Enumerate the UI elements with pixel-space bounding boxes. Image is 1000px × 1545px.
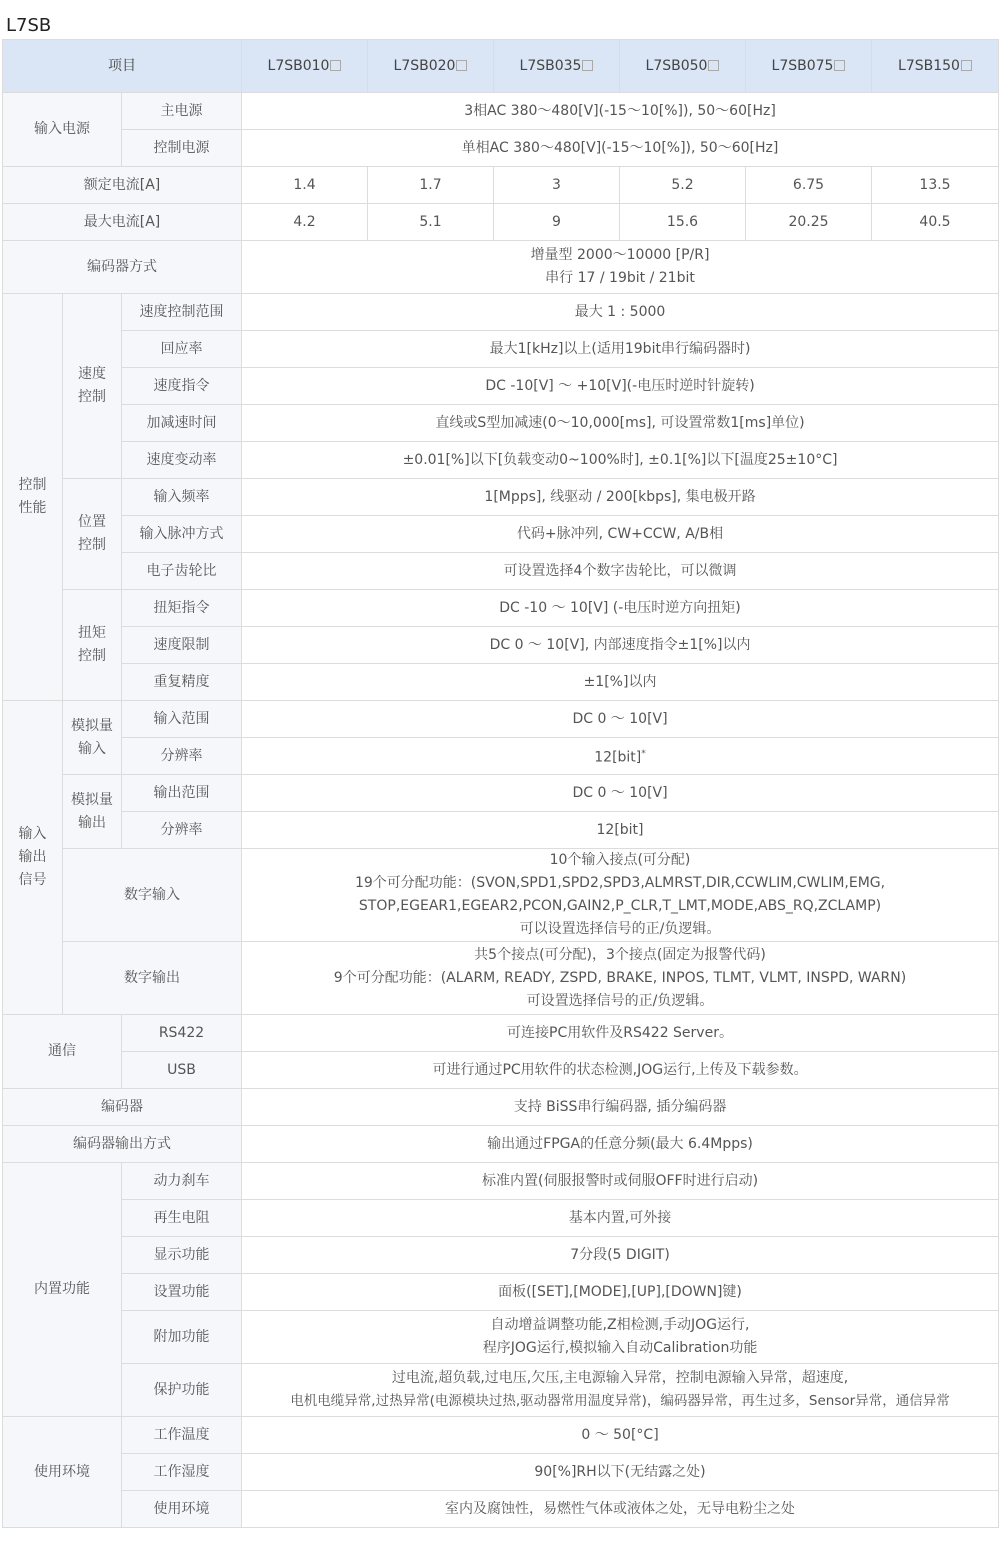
row-label: 扭矩指令 — [122, 590, 242, 627]
table-row: 输入电源 主电源 3相AC 380～480[V](-15～10[%]), 50～… — [3, 93, 999, 130]
cell-value: 9 — [494, 204, 620, 241]
row-value: DC 0 ～ 10[V], 内部速度指令±1[%]以内 — [242, 627, 999, 664]
group-line: 输入 — [7, 823, 58, 846]
subgroup-line: 模拟量 — [67, 715, 117, 738]
cell-value: 5.2 — [620, 167, 746, 204]
placeholder-square-icon — [708, 60, 719, 71]
row-value: 单相AC 380～480[V](-15～10[%]), 50～60[Hz] — [242, 130, 999, 167]
row-label-digital-output: 数字输出 — [63, 942, 242, 1015]
row-label: USB — [122, 1052, 242, 1089]
cell-value: 13.5 — [872, 167, 999, 204]
row-label: 编码器输出方式 — [3, 1126, 242, 1163]
value-line: 自动增益调整功能,Z相检测,手动JOG运行, — [246, 1314, 994, 1337]
row-label: 显示功能 — [122, 1237, 242, 1274]
row-value: 可连接PC用软件及RS422 Server。 — [242, 1015, 999, 1052]
table-row: 内置功能 动力刹车 标准内置(伺服报警时或伺服OFF时进行启动) — [3, 1163, 999, 1200]
group-line: 性能 — [7, 497, 58, 520]
value-line: 电机电缆异常,过热异常(电源模块过热,驱动器常用温度异常)，编码器异常，再生过多… — [242, 1390, 998, 1413]
row-label: 回应率 — [122, 331, 242, 368]
row-label: 输入范围 — [122, 701, 242, 738]
row-label: 控制电源 — [122, 130, 242, 167]
cell-value: 5.1 — [368, 204, 494, 241]
value-line: 可设置选择信号的正/负逻辑。 — [246, 990, 994, 1013]
row-label: 工作湿度 — [122, 1454, 242, 1491]
subgroup-analog-output: 模拟量 输出 — [63, 775, 122, 849]
row-value: DC -10 ～ 10[V] (-电压时逆方向扭矩) — [242, 590, 999, 627]
table-row: USB 可进行通过PC用软件的状态检测,JOG运行,上传及下载参数。 — [3, 1052, 999, 1089]
group-control-performance: 控制 性能 — [3, 294, 63, 701]
row-value: 0 ～ 50[°C] — [242, 1417, 999, 1454]
row-label: 保护功能 — [122, 1364, 242, 1417]
placeholder-square-icon — [961, 60, 972, 71]
table-row: 工作湿度 90[%]RH以下(无结露之处) — [3, 1454, 999, 1491]
group-io-signals: 输入 输出 信号 — [3, 701, 63, 1015]
row-value: 自动增益调整功能,Z相检测,手动JOG运行, 程序JOG运行,模拟输入自动Cal… — [242, 1311, 999, 1364]
table-row: 附加功能 自动增益调整功能,Z相检测,手动JOG运行, 程序JOG运行,模拟输入… — [3, 1311, 999, 1364]
row-label: 输入频率 — [122, 479, 242, 516]
row-label: 额定电流[A] — [3, 167, 242, 204]
row-value: 12[bit]* — [242, 738, 999, 775]
value-line: 串行 17 / 19bit / 21bit — [246, 267, 994, 290]
table-row: 数字输入 10个输入接点(可分配) 19个可分配功能：(SVON,SPD1,SP… — [3, 849, 999, 942]
table-row: 控制电源 单相AC 380～480[V](-15～10[%]), 50～60[H… — [3, 130, 999, 167]
cell-value: 4.2 — [242, 204, 368, 241]
cell-value: 3 — [494, 167, 620, 204]
table-row: 使用环境 工作温度 0 ～ 50[°C] — [3, 1417, 999, 1454]
value-line: 共5个接点(可分配)，3个接点(固定为报警代码) — [246, 944, 994, 967]
subgroup-torque-control: 扭矩 控制 — [63, 590, 122, 701]
table-row: 设置功能 面板([SET],[MODE],[UP],[DOWN]键) — [3, 1274, 999, 1311]
group-line: 控制 — [7, 474, 58, 497]
row-value: 代码+脉冲列, CW+CCW, A/B相 — [242, 516, 999, 553]
row-label: 分辨率 — [122, 738, 242, 775]
model-name: L7SB075 — [772, 58, 834, 74]
value-line: 10个输入接点(可分配) — [246, 849, 994, 872]
row-label: 使用环境 — [122, 1491, 242, 1528]
row-value: 支持 BiSS串行编码器, 插分编码器 — [242, 1089, 999, 1126]
cell-value: 1.7 — [368, 167, 494, 204]
value-line: 过电流,超负载,过电压,欠压,主电源输入异常，控制电源输入异常，超速度, — [242, 1367, 998, 1390]
row-value: ±1[%]以内 — [242, 664, 999, 701]
row-value: 10个输入接点(可分配) 19个可分配功能：(SVON,SPD1,SPD2,SP… — [242, 849, 999, 942]
row-label: 电子齿轮比 — [122, 553, 242, 590]
placeholder-square-icon — [834, 60, 845, 71]
header-model: L7SB150 — [872, 40, 999, 93]
table-row: 保护功能 过电流,超负载,过电压,欠压,主电源输入异常，控制电源输入异常，超速度… — [3, 1364, 999, 1417]
table-row: 输入 输出 信号 模拟量 输入 输入范围 DC 0 ～ 10[V] — [3, 701, 999, 738]
row-value: 可设置选择4个数字齿轮比，可以微调 — [242, 553, 999, 590]
row-value: 直线或S型加减速(0～10,000[ms], 可设置常数1[ms]单位) — [242, 405, 999, 442]
subgroup-speed-control: 速度 控制 — [63, 294, 122, 479]
group-builtin-functions: 内置功能 — [3, 1163, 122, 1417]
cell-value: 1.4 — [242, 167, 368, 204]
row-label-digital-input: 数字输入 — [63, 849, 242, 942]
cell-value: 40.5 — [872, 204, 999, 241]
table-row: 数字输出 共5个接点(可分配)，3个接点(固定为报警代码) 9个可分配功能：(A… — [3, 942, 999, 1015]
group-line: 信号 — [7, 869, 58, 892]
value-line: STOP,EGEAR1,EGEAR2,PCON,GAIN2,P_CLR,T_LM… — [246, 895, 994, 918]
value-line: 可以设置选择信号的正/负逻辑。 — [246, 918, 994, 941]
group-line: 输出 — [7, 846, 58, 869]
row-value: 基本内置,可外接 — [242, 1200, 999, 1237]
subgroup-line: 输入 — [67, 738, 117, 761]
model-name: L7SB035 — [520, 58, 582, 74]
row-label: 速度控制范围 — [122, 294, 242, 331]
row-label: 最大电流[A] — [3, 204, 242, 241]
row-value: 共5个接点(可分配)，3个接点(固定为报警代码) 9个可分配功能：(ALARM,… — [242, 942, 999, 1015]
table-row: 回应率 最大1[kHz]以上(适用19bit串行编码器时) — [3, 331, 999, 368]
row-value: DC 0 ～ 10[V] — [242, 775, 999, 812]
cell-value: 20.25 — [746, 204, 872, 241]
subgroup-line: 控制 — [67, 645, 117, 668]
row-label: 动力刹车 — [122, 1163, 242, 1200]
table-row: 分辨率 12[bit] — [3, 812, 999, 849]
table-row: 速度指令 DC -10[V] ～ +10[V](-电压时逆时针旋转) — [3, 368, 999, 405]
row-label: 再生电阻 — [122, 1200, 242, 1237]
subgroup-position-control: 位置 控制 — [63, 479, 122, 590]
table-row: 最大电流[A] 4.2 5.1 9 15.6 20.25 40.5 — [3, 204, 999, 241]
table-row: 速度变动率 ±0.01[%]以下[负载变动0~100%时], ±0.1[%]以下… — [3, 442, 999, 479]
table-row: 电子齿轮比 可设置选择4个数字齿轮比，可以微调 — [3, 553, 999, 590]
row-value: 输出通过FPGA的任意分频(最大 6.4Mpps) — [242, 1126, 999, 1163]
cell-value: 15.6 — [620, 204, 746, 241]
row-value: 室内及腐蚀性，易燃性气体或液体之处，无导电粉尘之处 — [242, 1491, 999, 1528]
placeholder-square-icon — [456, 60, 467, 71]
header-model: L7SB050 — [620, 40, 746, 93]
spec-table: 项目 L7SB010 L7SB020 L7SB035 L7SB050 L7SB0… — [2, 39, 999, 1528]
model-name: L7SB050 — [646, 58, 708, 74]
row-label: 加减速时间 — [122, 405, 242, 442]
row-label: 分辨率 — [122, 812, 242, 849]
subgroup-line: 位置 — [67, 511, 117, 534]
footnote-mark: * — [641, 749, 646, 759]
group-input-power: 输入电源 — [3, 93, 122, 167]
table-row: 编码器方式 增量型 2000～10000 [P/R] 串行 17 / 19bit… — [3, 241, 999, 294]
row-value: 可进行通过PC用软件的状态检测,JOG运行,上传及下载参数。 — [242, 1052, 999, 1089]
header-model: L7SB035 — [494, 40, 620, 93]
row-value: 增量型 2000～10000 [P/R] 串行 17 / 19bit / 21b… — [242, 241, 999, 294]
header-model: L7SB020 — [368, 40, 494, 93]
row-value: 7分段(5 DIGIT) — [242, 1237, 999, 1274]
row-value: 标准内置(伺服报警时或伺服OFF时进行启动) — [242, 1163, 999, 1200]
row-label: 编码器方式 — [3, 241, 242, 294]
row-label: 速度指令 — [122, 368, 242, 405]
row-value: 12[bit] — [242, 812, 999, 849]
row-label: 附加功能 — [122, 1311, 242, 1364]
row-label: RS422 — [122, 1015, 242, 1052]
subgroup-line: 控制 — [67, 386, 117, 409]
row-value: 面板([SET],[MODE],[UP],[DOWN]键) — [242, 1274, 999, 1311]
table-row: 编码器 支持 BiSS串行编码器, 插分编码器 — [3, 1089, 999, 1126]
table-row: 显示功能 7分段(5 DIGIT) — [3, 1237, 999, 1274]
value-line: 增量型 2000～10000 [P/R] — [246, 244, 994, 267]
table-row: 扭矩 控制 扭矩指令 DC -10 ～ 10[V] (-电压时逆方向扭矩) — [3, 590, 999, 627]
row-value: DC -10[V] ～ +10[V](-电压时逆时针旋转) — [242, 368, 999, 405]
subgroup-line: 模拟量 — [67, 789, 117, 812]
value-line: 9个可分配功能：(ALARM, READY, ZSPD, BRAKE, INPO… — [246, 967, 994, 990]
model-name: L7SB150 — [898, 58, 960, 74]
row-value: 1[Mpps], 线驱动 / 200[kbps], 集电极开路 — [242, 479, 999, 516]
cell-value: 6.75 — [746, 167, 872, 204]
table-row: 分辨率 12[bit]* — [3, 738, 999, 775]
row-label: 工作温度 — [122, 1417, 242, 1454]
placeholder-square-icon — [582, 60, 593, 71]
row-value: ±0.01[%]以下[负载变动0~100%时], ±0.1[%]以下[温度25±… — [242, 442, 999, 479]
row-label: 重复精度 — [122, 664, 242, 701]
row-value: DC 0 ～ 10[V] — [242, 701, 999, 738]
value-text: 12[bit] — [594, 749, 641, 765]
row-label: 设置功能 — [122, 1274, 242, 1311]
subgroup-line: 输出 — [67, 812, 117, 835]
subgroup-line: 控制 — [67, 534, 117, 557]
subgroup-line: 扭矩 — [67, 622, 117, 645]
value-line: 19个可分配功能：(SVON,SPD1,SPD2,SPD3,ALMRST,DIR… — [246, 872, 994, 895]
group-communication: 通信 — [3, 1015, 122, 1089]
row-label: 编码器 — [3, 1089, 242, 1126]
row-value: 90[%]RH以下(无结露之处) — [242, 1454, 999, 1491]
table-row: 控制 性能 速度 控制 速度控制范围 最大 1 : 5000 — [3, 294, 999, 331]
row-label: 输入脉冲方式 — [122, 516, 242, 553]
table-row: 通信 RS422 可连接PC用软件及RS422 Server。 — [3, 1015, 999, 1052]
row-value: 过电流,超负载,过电压,欠压,主电源输入异常，控制电源输入异常，超速度, 电机电… — [242, 1364, 999, 1417]
table-row: 使用环境 室内及腐蚀性，易燃性气体或液体之处，无导电粉尘之处 — [3, 1491, 999, 1528]
header-row: 项目 L7SB010 L7SB020 L7SB035 L7SB050 L7SB0… — [3, 40, 999, 93]
table-row: 加减速时间 直线或S型加减速(0～10,000[ms], 可设置常数1[ms]单… — [3, 405, 999, 442]
row-label: 主电源 — [122, 93, 242, 130]
table-row: 再生电阻 基本内置,可外接 — [3, 1200, 999, 1237]
table-row: 额定电流[A] 1.4 1.7 3 5.2 6.75 13.5 — [3, 167, 999, 204]
table-row: 位置 控制 输入频率 1[Mpps], 线驱动 / 200[kbps], 集电极… — [3, 479, 999, 516]
header-model: L7SB010 — [242, 40, 368, 93]
row-value: 3相AC 380～480[V](-15～10[%]), 50～60[Hz] — [242, 93, 999, 130]
page-title: L7SB — [0, 0, 1000, 39]
table-row: 重复精度 ±1[%]以内 — [3, 664, 999, 701]
row-label: 输出范围 — [122, 775, 242, 812]
header-model: L7SB075 — [746, 40, 872, 93]
subgroup-line: 速度 — [67, 363, 117, 386]
subgroup-analog-input: 模拟量 输入 — [63, 701, 122, 775]
table-row: 编码器输出方式 输出通过FPGA的任意分频(最大 6.4Mpps) — [3, 1126, 999, 1163]
row-value: 最大1[kHz]以上(适用19bit串行编码器时) — [242, 331, 999, 368]
table-row: 速度限制 DC 0 ～ 10[V], 内部速度指令±1[%]以内 — [3, 627, 999, 664]
table-row: 输入脉冲方式 代码+脉冲列, CW+CCW, A/B相 — [3, 516, 999, 553]
model-name: L7SB020 — [394, 58, 456, 74]
header-item: 项目 — [3, 40, 242, 93]
row-label: 速度变动率 — [122, 442, 242, 479]
model-name: L7SB010 — [268, 58, 330, 74]
table-row: 模拟量 输出 输出范围 DC 0 ～ 10[V] — [3, 775, 999, 812]
value-line: 程序JOG运行,模拟输入自动Calibration功能 — [246, 1337, 994, 1360]
group-environment: 使用环境 — [3, 1417, 122, 1528]
row-label: 速度限制 — [122, 627, 242, 664]
row-value: 最大 1 : 5000 — [242, 294, 999, 331]
placeholder-square-icon — [330, 60, 341, 71]
